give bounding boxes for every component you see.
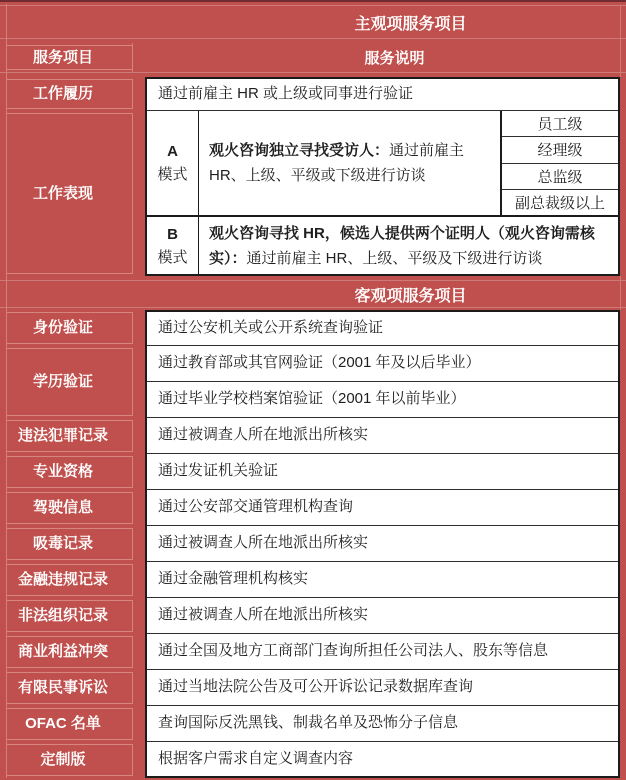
mode-b-row: B 模式 观火咨询寻找 HR，候选人提供两个证明人（观火咨询需核实）：通过前雇主… <box>147 217 618 274</box>
row-professional-qualification: 专业资格 通过发证机关验证 <box>0 454 626 490</box>
row-label: 专业资格 <box>6 456 133 488</box>
row-label: 吸毒记录 <box>6 528 133 560</box>
row-label: 非法组织记录 <box>6 600 133 632</box>
row-work-history: 工作履历 通过前雇主 HR 或上级或同事进行验证 <box>0 77 626 111</box>
level-manager: 经理级 <box>502 137 618 163</box>
row-desc: 通过被调查人所在地派出所核实 <box>147 526 618 562</box>
row-desc: 通过金融管理机构核实 <box>147 562 618 598</box>
service-description-header-cell: 服务说明 <box>145 43 626 72</box>
row-ofac-list: OFAC 名单 查询国际反洗黑钱、制裁名单及恐怖分子信息 <box>0 706 626 742</box>
row-label: 定制版 <box>6 744 133 776</box>
objective-section-header: 客观项服务项目 <box>0 280 626 308</box>
mode-b-desc-cell: 观火咨询寻找 HR，候选人提供两个证明人（观火咨询需核实）：通过前雇主 HR、上… <box>199 217 618 274</box>
mode-a-cell: A 模式 <box>147 111 199 215</box>
row-drug-record: 吸毒记录 通过被调查人所在地派出所核实 <box>0 526 626 562</box>
column-header-row: 服务项目 服务说明 <box>0 43 626 73</box>
work-history-desc-cell: 通过前雇主 HR 或上级或同事进行验证 <box>145 77 620 111</box>
grid-gap <box>620 111 626 276</box>
service-item-header-cell: 服务项目 <box>0 43 145 72</box>
row-identity-verification: 身份验证 通过公安机关或公开系统查询验证 <box>0 310 626 346</box>
mode-a-desc: 观火咨询独立寻找受访人：通过前雇主 HR、上级、平级或下级进行访谈 <box>209 138 490 188</box>
grid-gap <box>620 77 626 111</box>
row-business-conflict: 商业利益冲突 通过全国及地方工商部门查询所担任公司法人、股东等信息 <box>0 634 626 670</box>
row-label: 学历验证 <box>6 348 133 416</box>
row-label: 违法犯罪记录 <box>6 420 133 452</box>
row-desc: 查询国际反洗黑钱、制裁名单及恐怖分子信息 <box>147 706 618 742</box>
row-driving-info: 驾驶信息 通过公安部交通管理机构查询 <box>0 490 626 526</box>
row-civil-litigation: 有限民事诉讼 通过当地法院公告及可公开诉讼记录数据库查询 <box>0 670 626 706</box>
work-history-label: 工作履历 <box>6 79 133 109</box>
objective-section-title: 客观项服务项目 <box>354 283 466 306</box>
mode-b-cell: B 模式 <box>147 217 199 274</box>
interview-levels-column: 员工级 经理级 总监级 副总裁级以上 <box>500 111 618 215</box>
row-desc: 通过被调查人所在地派出所核实 <box>147 418 618 454</box>
row-label: 驾驶信息 <box>6 492 133 524</box>
row-desc: 根据客户需求自定义调查内容 <box>147 742 618 776</box>
background-check-service-table: 主观项服务项目 服务项目 服务说明 工作履历 通过前雇主 HR 或上级或同事进行… <box>0 0 626 780</box>
mode-a-desc-bold: 观火咨询独立寻找受访人： <box>209 142 389 159</box>
mode-a-desc-cell: 观火咨询独立寻找受访人：通过前雇主 HR、上级、平级或下级进行访谈 <box>199 111 500 215</box>
row-label: 身份验证 <box>6 312 133 344</box>
service-description-header: 服务说明 <box>364 47 424 68</box>
row-desc: 通过毕业学校档案馆验证（2001 年以前毕业） <box>147 382 618 418</box>
row-desc: 通过全国及地方工商部门查询所担任公司法人、股东等信息 <box>147 634 618 670</box>
row-desc: 通过公安机关或公开系统查询验证 <box>147 312 618 346</box>
level-staff: 员工级 <box>502 111 618 137</box>
work-history-desc: 通过前雇主 HR 或上级或同事进行验证 <box>147 79 618 111</box>
work-performance-label-cell: 工作表现 <box>0 111 145 276</box>
row-illegal-organization: 非法组织记录 通过被调查人所在地派出所核实 <box>0 598 626 634</box>
work-performance-content: A 模式 观火咨询独立寻找受访人：通过前雇主 HR、上级、平级或下级进行访谈 员… <box>145 111 620 276</box>
mode-a-word: 模式 <box>157 163 187 186</box>
row-education-verification: 学历验证 通过教育部或其官网验证（2001 年及以后毕业） 通过毕业学校档案馆验… <box>0 346 626 418</box>
mode-b-word: 模式 <box>157 246 187 269</box>
row-criminal-record: 违法犯罪记录 通过被调查人所在地派出所核实 <box>0 418 626 454</box>
row-desc: 通过被调查人所在地派出所核实 <box>147 598 618 634</box>
row-custom-version: 定制版 根据客户需求自定义调查内容 <box>0 742 626 778</box>
row-label: 商业利益冲突 <box>6 636 133 668</box>
row-label: OFAC 名单 <box>6 708 133 740</box>
mode-b-desc-text: 通过前雇主 HR、上级、平级及下级进行访谈 <box>247 250 543 267</box>
work-performance-label: 工作表现 <box>6 113 133 274</box>
mode-b-desc: 观火咨询寻找 HR，候选人提供两个证明人（观火咨询需核实）：通过前雇主 HR、上… <box>209 221 608 271</box>
row-desc: 通过发证机关验证 <box>147 454 618 490</box>
row-label: 金融违规记录 <box>6 564 133 596</box>
level-director: 总监级 <box>502 164 618 190</box>
work-history-label-cell: 工作履历 <box>0 77 145 111</box>
gridline-left <box>6 4 7 778</box>
mode-a-code: A <box>167 140 178 163</box>
row-financial-violation: 金融违规记录 通过金融管理机构核实 <box>0 562 626 598</box>
row-work-performance: 工作表现 A 模式 观火咨询独立寻找受访人：通过前雇主 HR、上级、平级或下级进… <box>0 111 626 276</box>
level-vp-and-above: 副总裁级以上 <box>502 190 618 215</box>
row-label: 有限民事诉讼 <box>6 672 133 704</box>
mode-a-row: A 模式 观火咨询独立寻找受访人：通过前雇主 HR、上级、平级或下级进行访谈 员… <box>147 111 618 217</box>
mode-b-code: B <box>167 223 178 246</box>
row-desc: 通过公安部交通管理机构查询 <box>147 490 618 526</box>
service-item-header: 服务项目 <box>6 45 133 70</box>
row-desc: 通过当地法院公告及可公开诉讼记录数据库查询 <box>147 670 618 706</box>
row-desc: 通过教育部或其官网验证（2001 年及以后毕业） <box>147 346 618 382</box>
subjective-section-header: 主观项服务项目 <box>0 5 626 39</box>
subjective-section-title: 主观项服务项目 <box>354 11 466 34</box>
